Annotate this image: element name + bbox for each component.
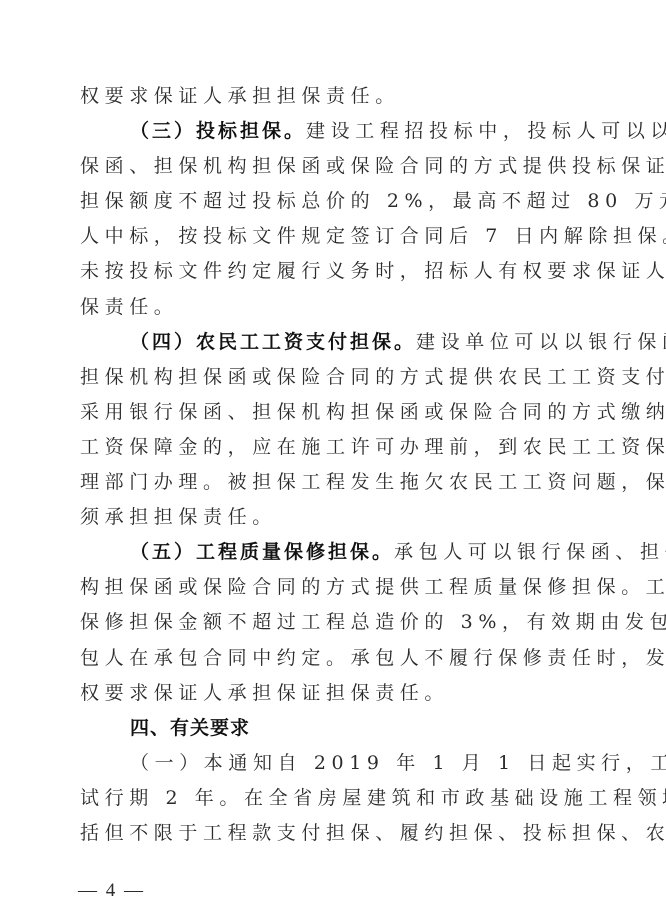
text-line: 须承担担保责任。 <box>80 500 580 535</box>
document-body: 权要求保证人承担担保责任。 （三）投标担保。建设工程招投标中，投标人可以以银行 … <box>80 79 580 851</box>
text-segment: 建设工程招投标中，投标人可以以银行 <box>306 120 666 142</box>
text-line: 保函、担保机构担保函或保险合同的方式提供投标保证。投标 <box>80 149 580 184</box>
text-line: 保责任。 <box>80 290 580 325</box>
text-line: 包人在承包合同中约定。承包人不履行保修责任时，发包人有 <box>80 641 580 676</box>
text-line-first: （五）工程质量保修担保。承包人可以银行保函、担保机 <box>80 535 580 570</box>
text-line-first: （三）投标担保。建设工程招投标中，投标人可以以银行 <box>80 114 580 149</box>
text-line: 人中标，按投标文件规定签订合同后 7 日内解除担保。投标人 <box>80 219 580 254</box>
text-line: 工资保障金的，应在施工许可办理前，到农民工工资保障金管 <box>80 430 580 465</box>
document-page: 权要求保证人承担担保责任。 （三）投标担保。建设工程招投标中，投标人可以以银行 … <box>0 0 666 909</box>
text-line: 采用银行保函、担保机构担保函或保险合同的方式缴纳农民工 <box>80 395 580 430</box>
text-line: 构担保函或保险合同的方式提供工程质量保修担保。工程质量 <box>80 570 580 605</box>
subsection-heading-quality-warranty: （五）工程质量保修担保。 <box>130 541 394 563</box>
section-heading-requirements: 四、有关要求 <box>80 711 580 746</box>
text-line: 括但不限于工程款支付担保、履约担保、投标担保、农民工工 <box>80 816 580 851</box>
text-line: 担保机构担保函或保险合同的方式提供农民工工资支付担保。 <box>80 360 580 395</box>
page-number: — 4 — <box>78 880 145 902</box>
subsection-heading-migrant-wage: （四）农民工工资支付担保。 <box>130 331 416 353</box>
subsection-heading-bid-guarantee: （三）投标担保。 <box>130 120 306 142</box>
paragraph-migrant-wage-guarantee: （四）农民工工资支付担保。建设单位可以以银行保函、 担保机构担保函或保险合同的方… <box>80 325 580 536</box>
text-line: 担保额度不超过投标总价的 2%，最高不超过 80 万元。投标 <box>80 184 580 219</box>
text-line-first: （一）本通知自 2019 年 1 月 1 日起实行，工程担保制度 <box>80 746 580 781</box>
paragraph-requirement-1: （一）本通知自 2019 年 1 月 1 日起实行，工程担保制度 试行期 2 年… <box>80 746 580 851</box>
text-line: 保修担保金额不超过工程总造价的 3%，有效期由发包人与承 <box>80 605 580 640</box>
text-line: 未按投标文件约定履行义务时，招标人有权要求保证人承担担 <box>80 254 580 289</box>
text-line: 权要求保证人承担担保责任。 <box>80 79 580 114</box>
text-line-first: （四）农民工工资支付担保。建设单位可以以银行保函、 <box>80 325 580 360</box>
paragraph-bid-guarantee: （三）投标担保。建设工程招投标中，投标人可以以银行 保函、担保机构担保函或保险合… <box>80 114 580 325</box>
paragraph-quality-warranty-guarantee: （五）工程质量保修担保。承包人可以银行保函、担保机 构担保函或保险合同的方式提供… <box>80 535 580 710</box>
text-line: 理部门办理。被担保工程发生拖欠农民工工资问题，保证人必 <box>80 465 580 500</box>
text-line: 试行期 2 年。在全省房屋建筑和市政基础设施工程领域实施包 <box>80 781 580 816</box>
text-segment: 承包人可以银行保函、担保机 <box>394 541 666 563</box>
text-segment: 建设单位可以以银行保函、 <box>416 331 666 353</box>
text-line: 权要求保证人承担保证担保责任。 <box>80 676 580 711</box>
paragraph-continuation: 权要求保证人承担担保责任。 <box>80 79 580 114</box>
